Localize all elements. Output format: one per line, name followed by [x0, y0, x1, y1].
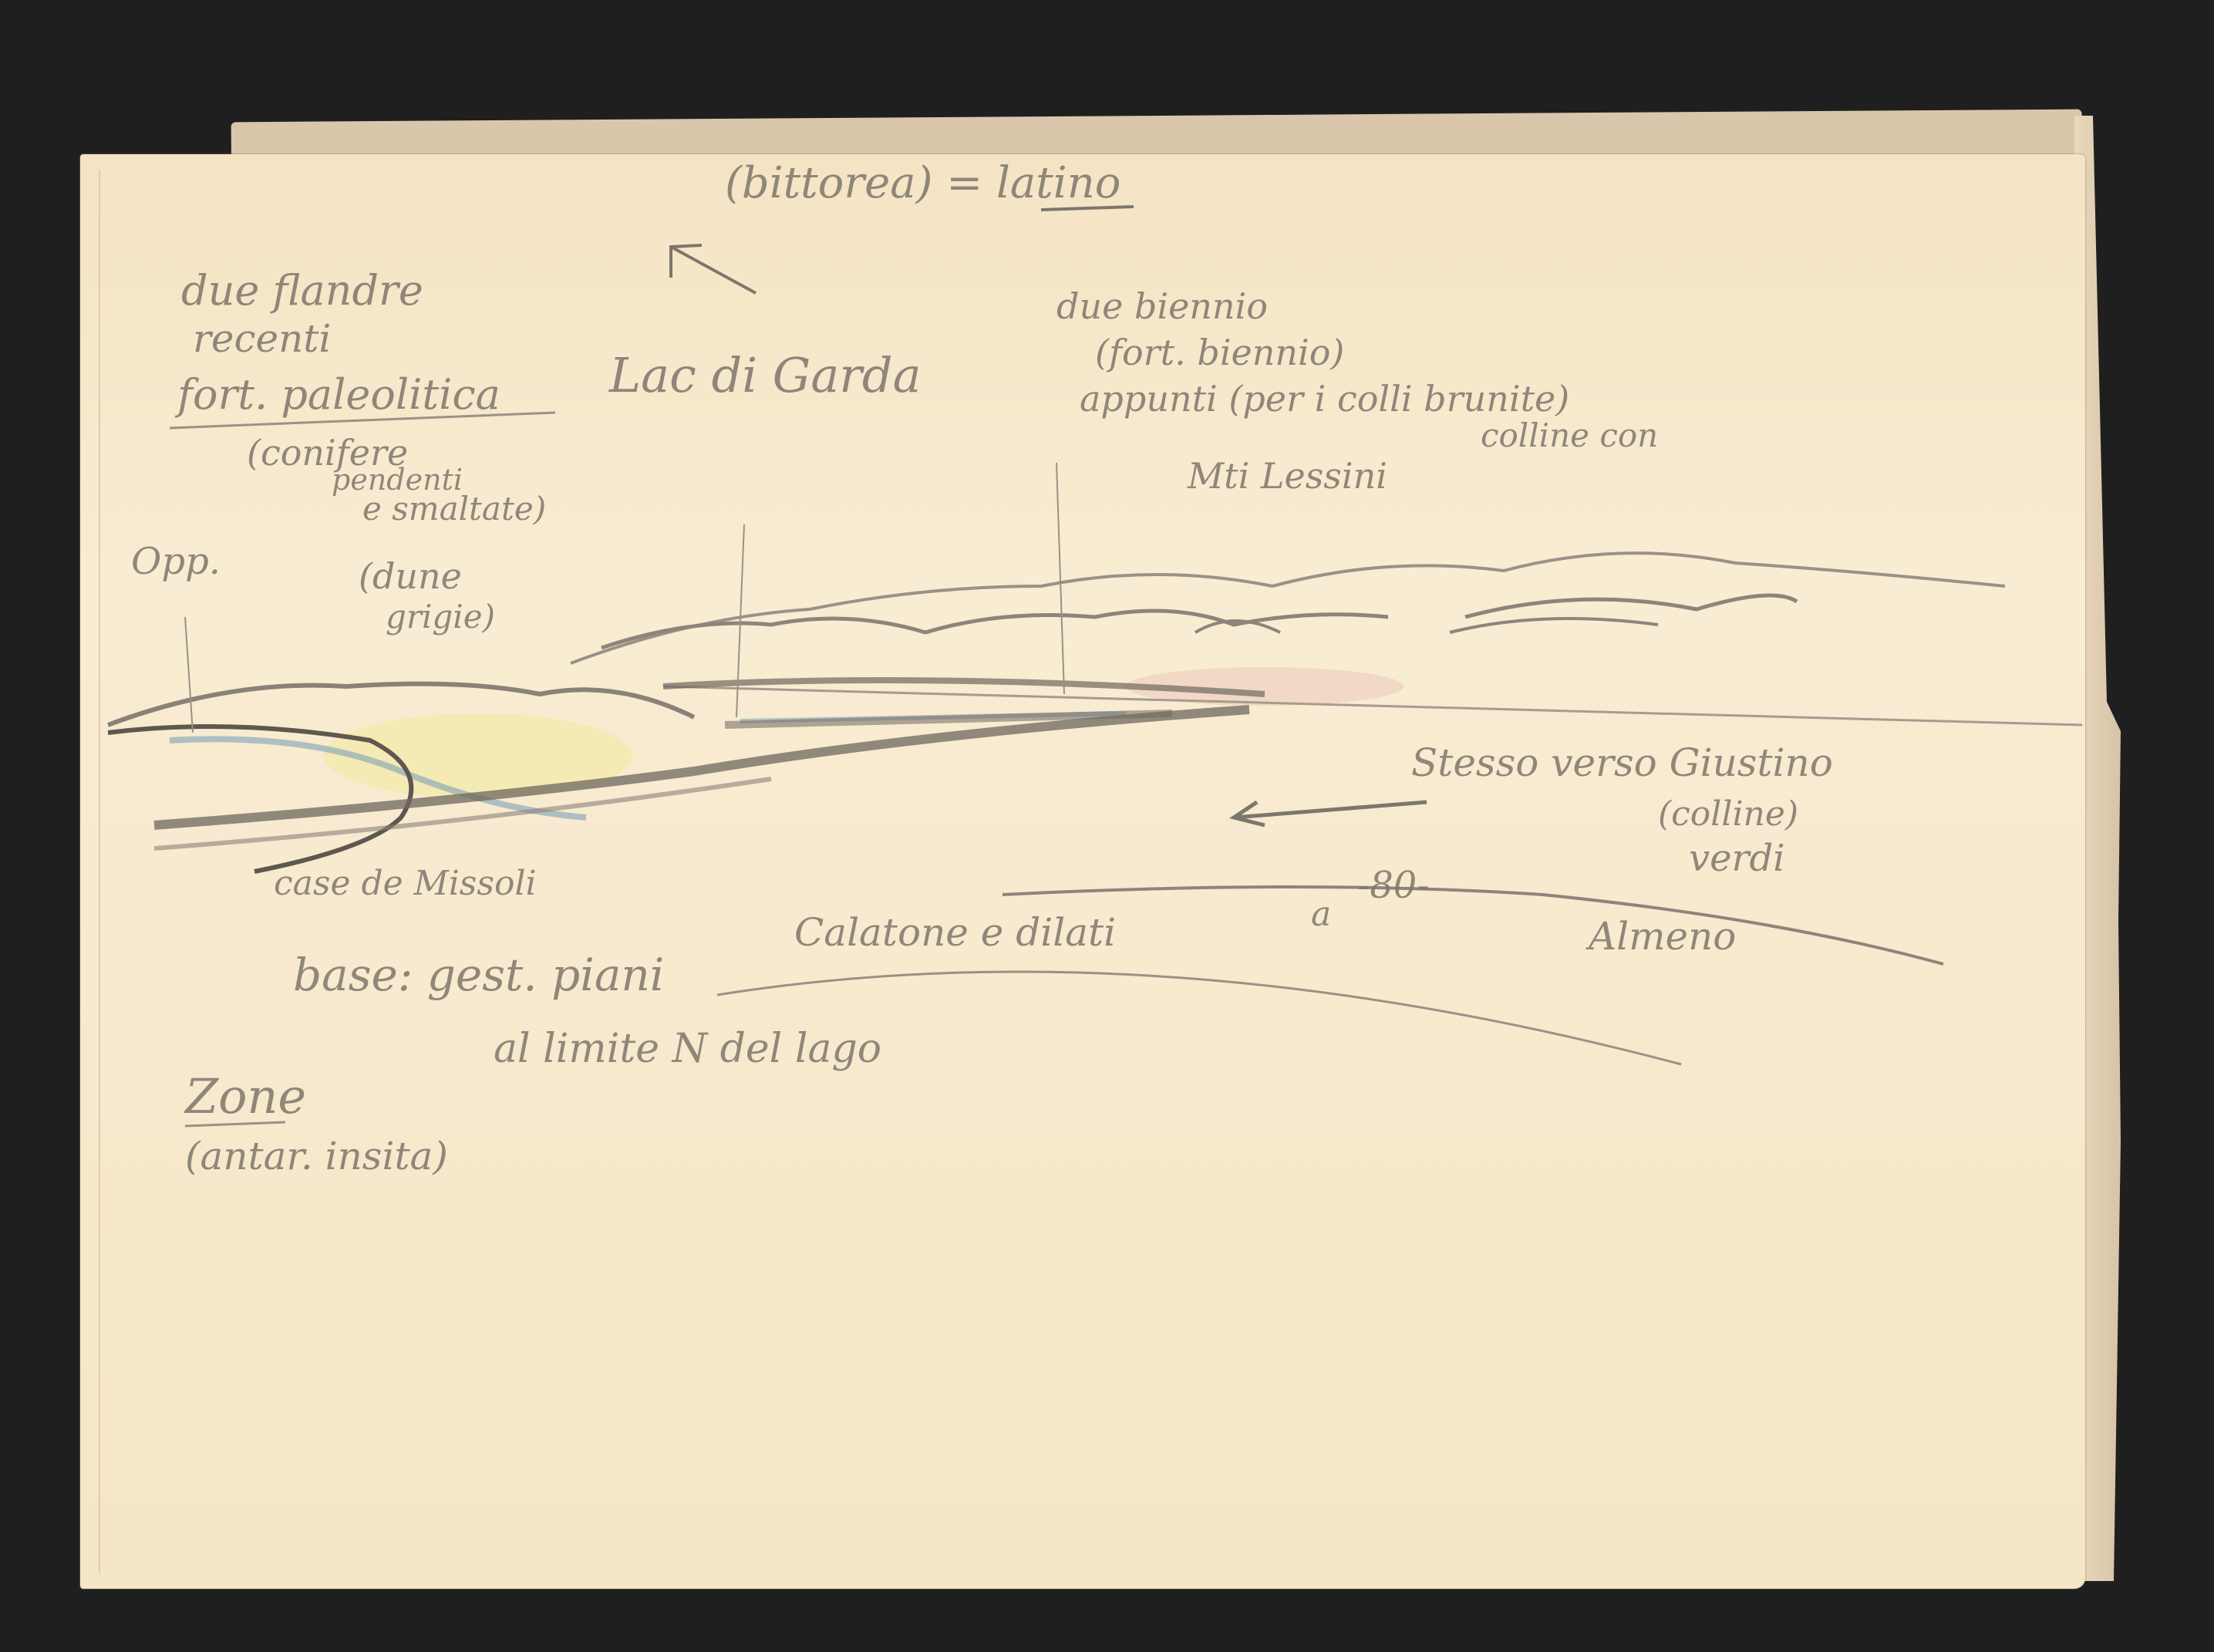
- arrow-up-left: [671, 247, 756, 293]
- annotation-right-3: appunti (per i colli brunite): [1080, 378, 1569, 420]
- annotation-bottom-left-1: case de Missoli: [274, 864, 537, 903]
- lake-shore-band: [154, 710, 1249, 825]
- annotation-top-center: (bittorea) = latino: [725, 158, 1121, 208]
- annotation-horizon-2: (colline): [1658, 794, 1798, 834]
- landscape-sketch: [0, 0, 2214, 1652]
- annotation-bottom-left-4: a: [1311, 895, 1331, 934]
- annotation-left-8: grigie): [386, 598, 495, 636]
- annotation-lake-name: Lac di Garda: [609, 347, 922, 403]
- annotation-bottom-left-3: Calatone e dilati: [794, 910, 1116, 955]
- arrow-left: [1234, 802, 1427, 818]
- left-hill: [108, 684, 694, 725]
- annotation-right-2: (fort. biennio): [1095, 332, 1344, 373]
- annotation-left-6: e smaltate): [362, 490, 546, 528]
- annotation-right-5: Mti Lessini: [1188, 455, 1387, 497]
- annotation-right-4: colline con: [1481, 416, 1658, 454]
- annotation-footer-3: (antar. insita): [185, 1134, 448, 1178]
- annotation-horizon-3: verdi: [1689, 837, 1785, 880]
- mountain-ridge-back: [571, 553, 2005, 663]
- annotation-footer-1: Zone: [185, 1068, 306, 1124]
- annotation-left-7: (dune: [359, 555, 462, 597]
- annotation-left-2: recenti: [193, 316, 331, 361]
- annotation-footer-2: al limite N del lago: [494, 1026, 881, 1072]
- annotation-left-1: due flandre: [181, 266, 423, 315]
- annotation-horizon-1: Stesso verso Giustino: [1411, 740, 1833, 785]
- annotation-left-margin: Opp.: [131, 540, 221, 583]
- annotation-bottom-right: Almeno: [1589, 914, 1736, 959]
- annotation-bottom-left-2: base: gest. piani: [293, 949, 664, 1001]
- annotation-number: -80-: [1357, 864, 1430, 907]
- annotation-right-1: due biennio: [1056, 285, 1268, 327]
- annotation-left-3: fort. paleolitica: [177, 370, 500, 419]
